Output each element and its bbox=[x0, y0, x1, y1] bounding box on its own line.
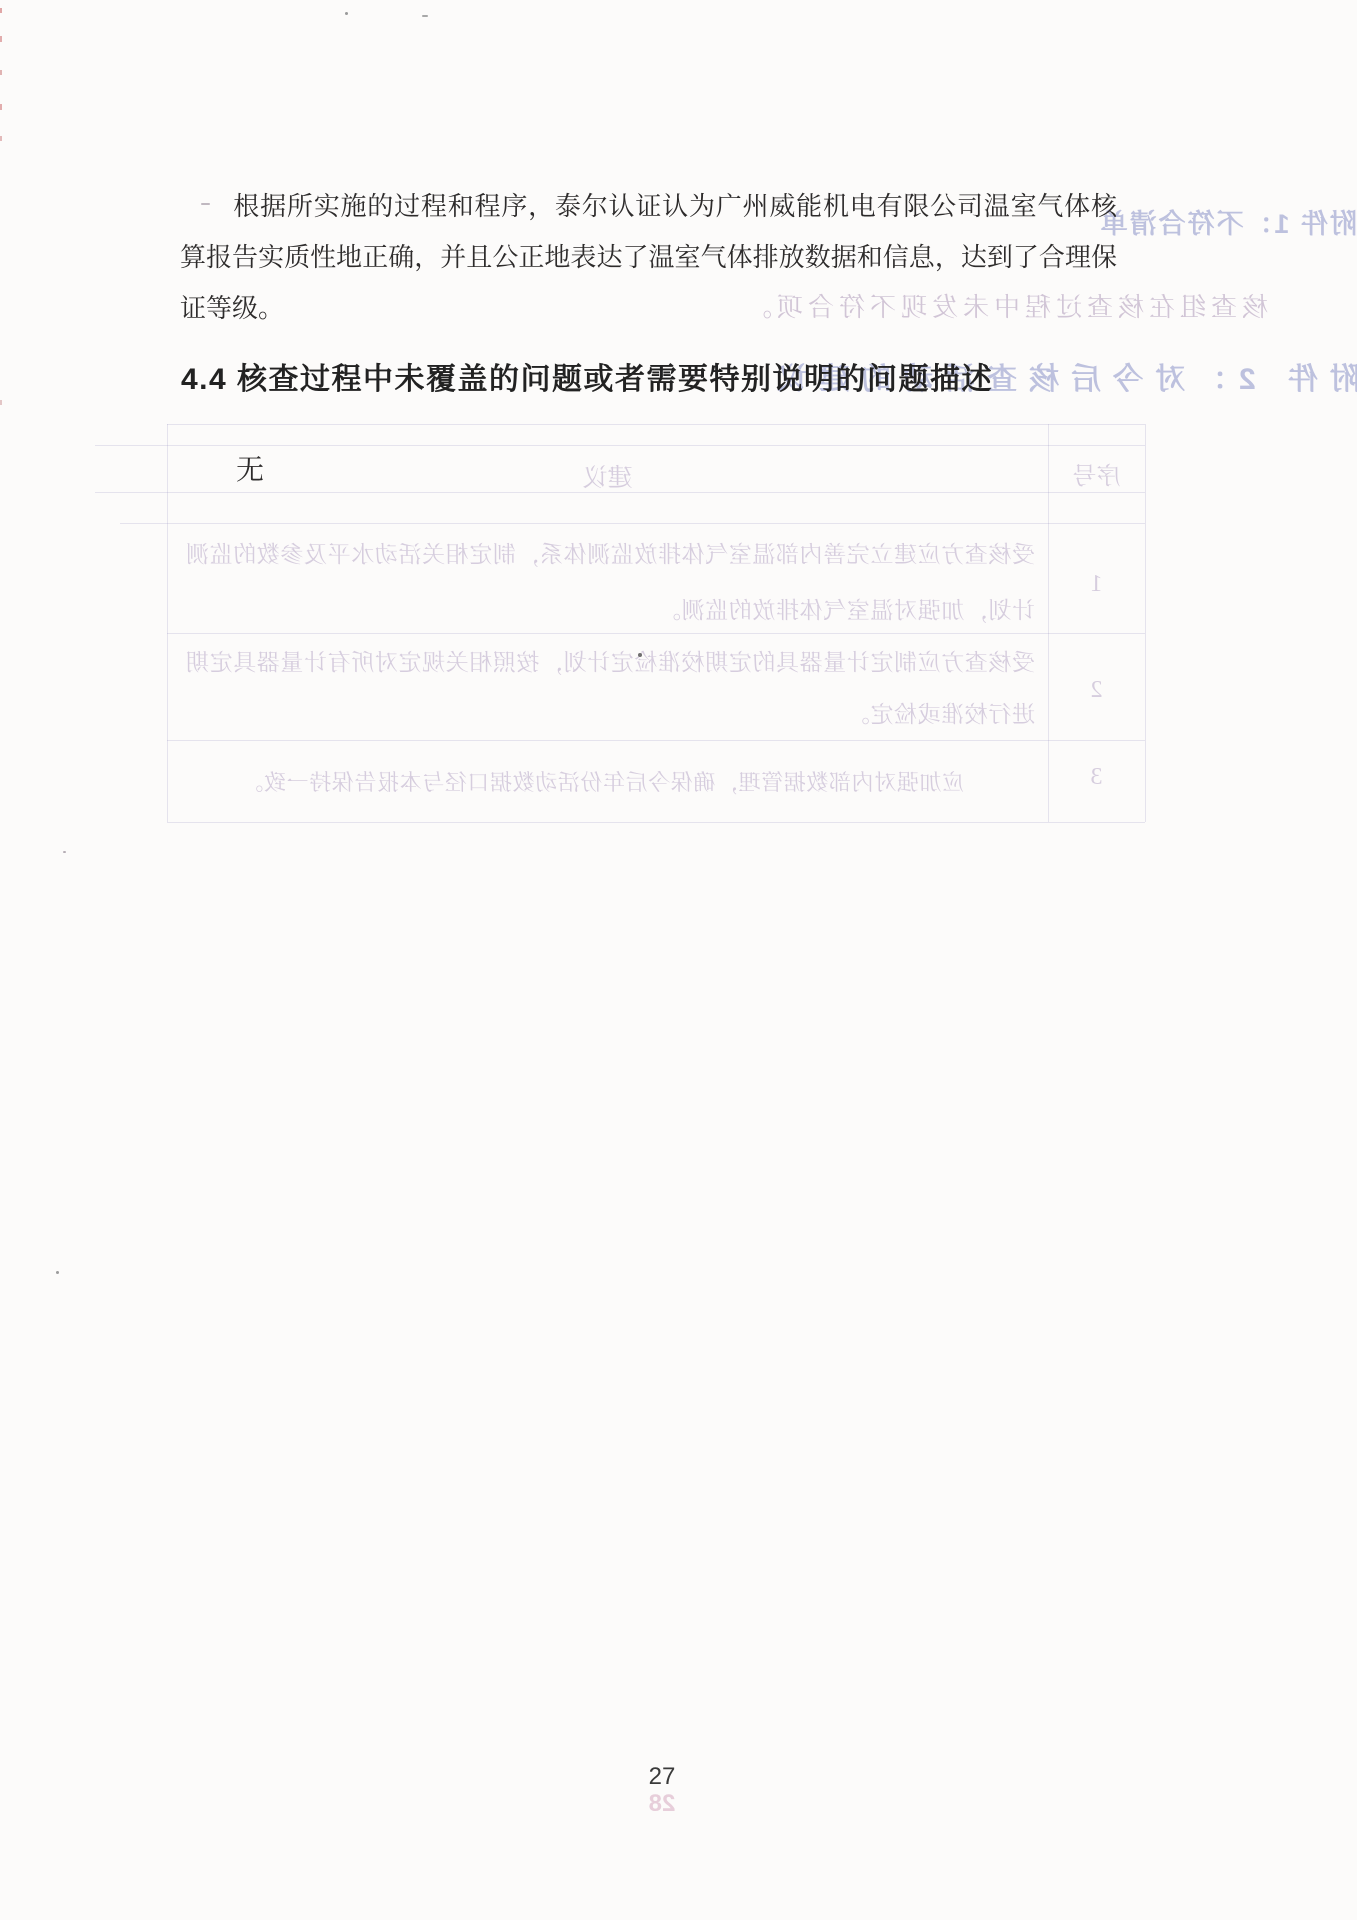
scan-edge-artifact bbox=[0, 70, 2, 75]
bleedthrough-next-page-number: 28 bbox=[630, 1790, 694, 1818]
scan-edge-artifact bbox=[0, 8, 2, 13]
scan-speck bbox=[63, 851, 66, 853]
scan-speck bbox=[345, 12, 348, 15]
bleed-row2-text-line2: 进行校准或检定。 bbox=[846, 696, 1035, 729]
scan-edge-artifact bbox=[0, 104, 2, 110]
scan-speck bbox=[422, 15, 428, 17]
bleedthrough-suggestions-table: 序号 建议 1 受核查方应建立完善内部温室气体排放监测体系，制定相关活动水平及参… bbox=[167, 424, 1145, 822]
bleedthrough-attachment1-heading: 附件 1：不符合清单 bbox=[1085, 202, 1357, 241]
section-4-4-answer: 无 bbox=[236, 448, 264, 488]
bleed-row3-number: 3 bbox=[1048, 764, 1145, 791]
section-4-4-heading: 4.4 核查过程中未覆盖的问题或者需要特别说明的问题描述 bbox=[181, 360, 1181, 400]
scan-edge-artifact bbox=[0, 36, 2, 42]
bleed-table-edge-right bbox=[1145, 424, 1146, 822]
bleed-row3-text-line1: 应加强对内部数据管理，确保今后年份活动数据口径与本报告保持一致。 bbox=[241, 766, 964, 797]
bleed-row1-text-line2: 计划，加强对温室气体排放的监测。 bbox=[657, 592, 1035, 625]
scan-speck bbox=[56, 1271, 59, 1274]
bleed-table-line-bottom bbox=[167, 822, 1145, 823]
scan-speck bbox=[638, 653, 642, 657]
bleed-row1-number: 1 bbox=[1048, 571, 1145, 598]
bleed-col-header-no: 序号 bbox=[1048, 456, 1145, 491]
bleed-row2-number: 2 bbox=[1048, 677, 1145, 704]
bleed-col-header-suggestion: 建议 bbox=[167, 458, 1048, 494]
scan-edge-artifact bbox=[0, 400, 2, 405]
page-number: 27 bbox=[630, 1763, 694, 1791]
conclusion-paragraph: 根据所实施的过程和程序，泰尔认证认为广州威能机电有限公司温室气体核算报告实质性地… bbox=[180, 181, 1117, 334]
scan-speck bbox=[201, 203, 210, 205]
scan-edge-artifact bbox=[0, 136, 2, 141]
bleed-row1-text-line1: 受核查方应建立完善内部温室气体排放监测体系，制定相关活动水平及参数的监测 bbox=[185, 536, 1035, 569]
scanned-document-page: { "page": { "paragraph": "根据所实施的过程和程序，泰尔… bbox=[0, 0, 1357, 1920]
bleed-row2-text-line1: 受核查方应制定计量器具的定期校准检定计划，按照相关规定对所有计量器具定期 bbox=[185, 644, 1035, 677]
